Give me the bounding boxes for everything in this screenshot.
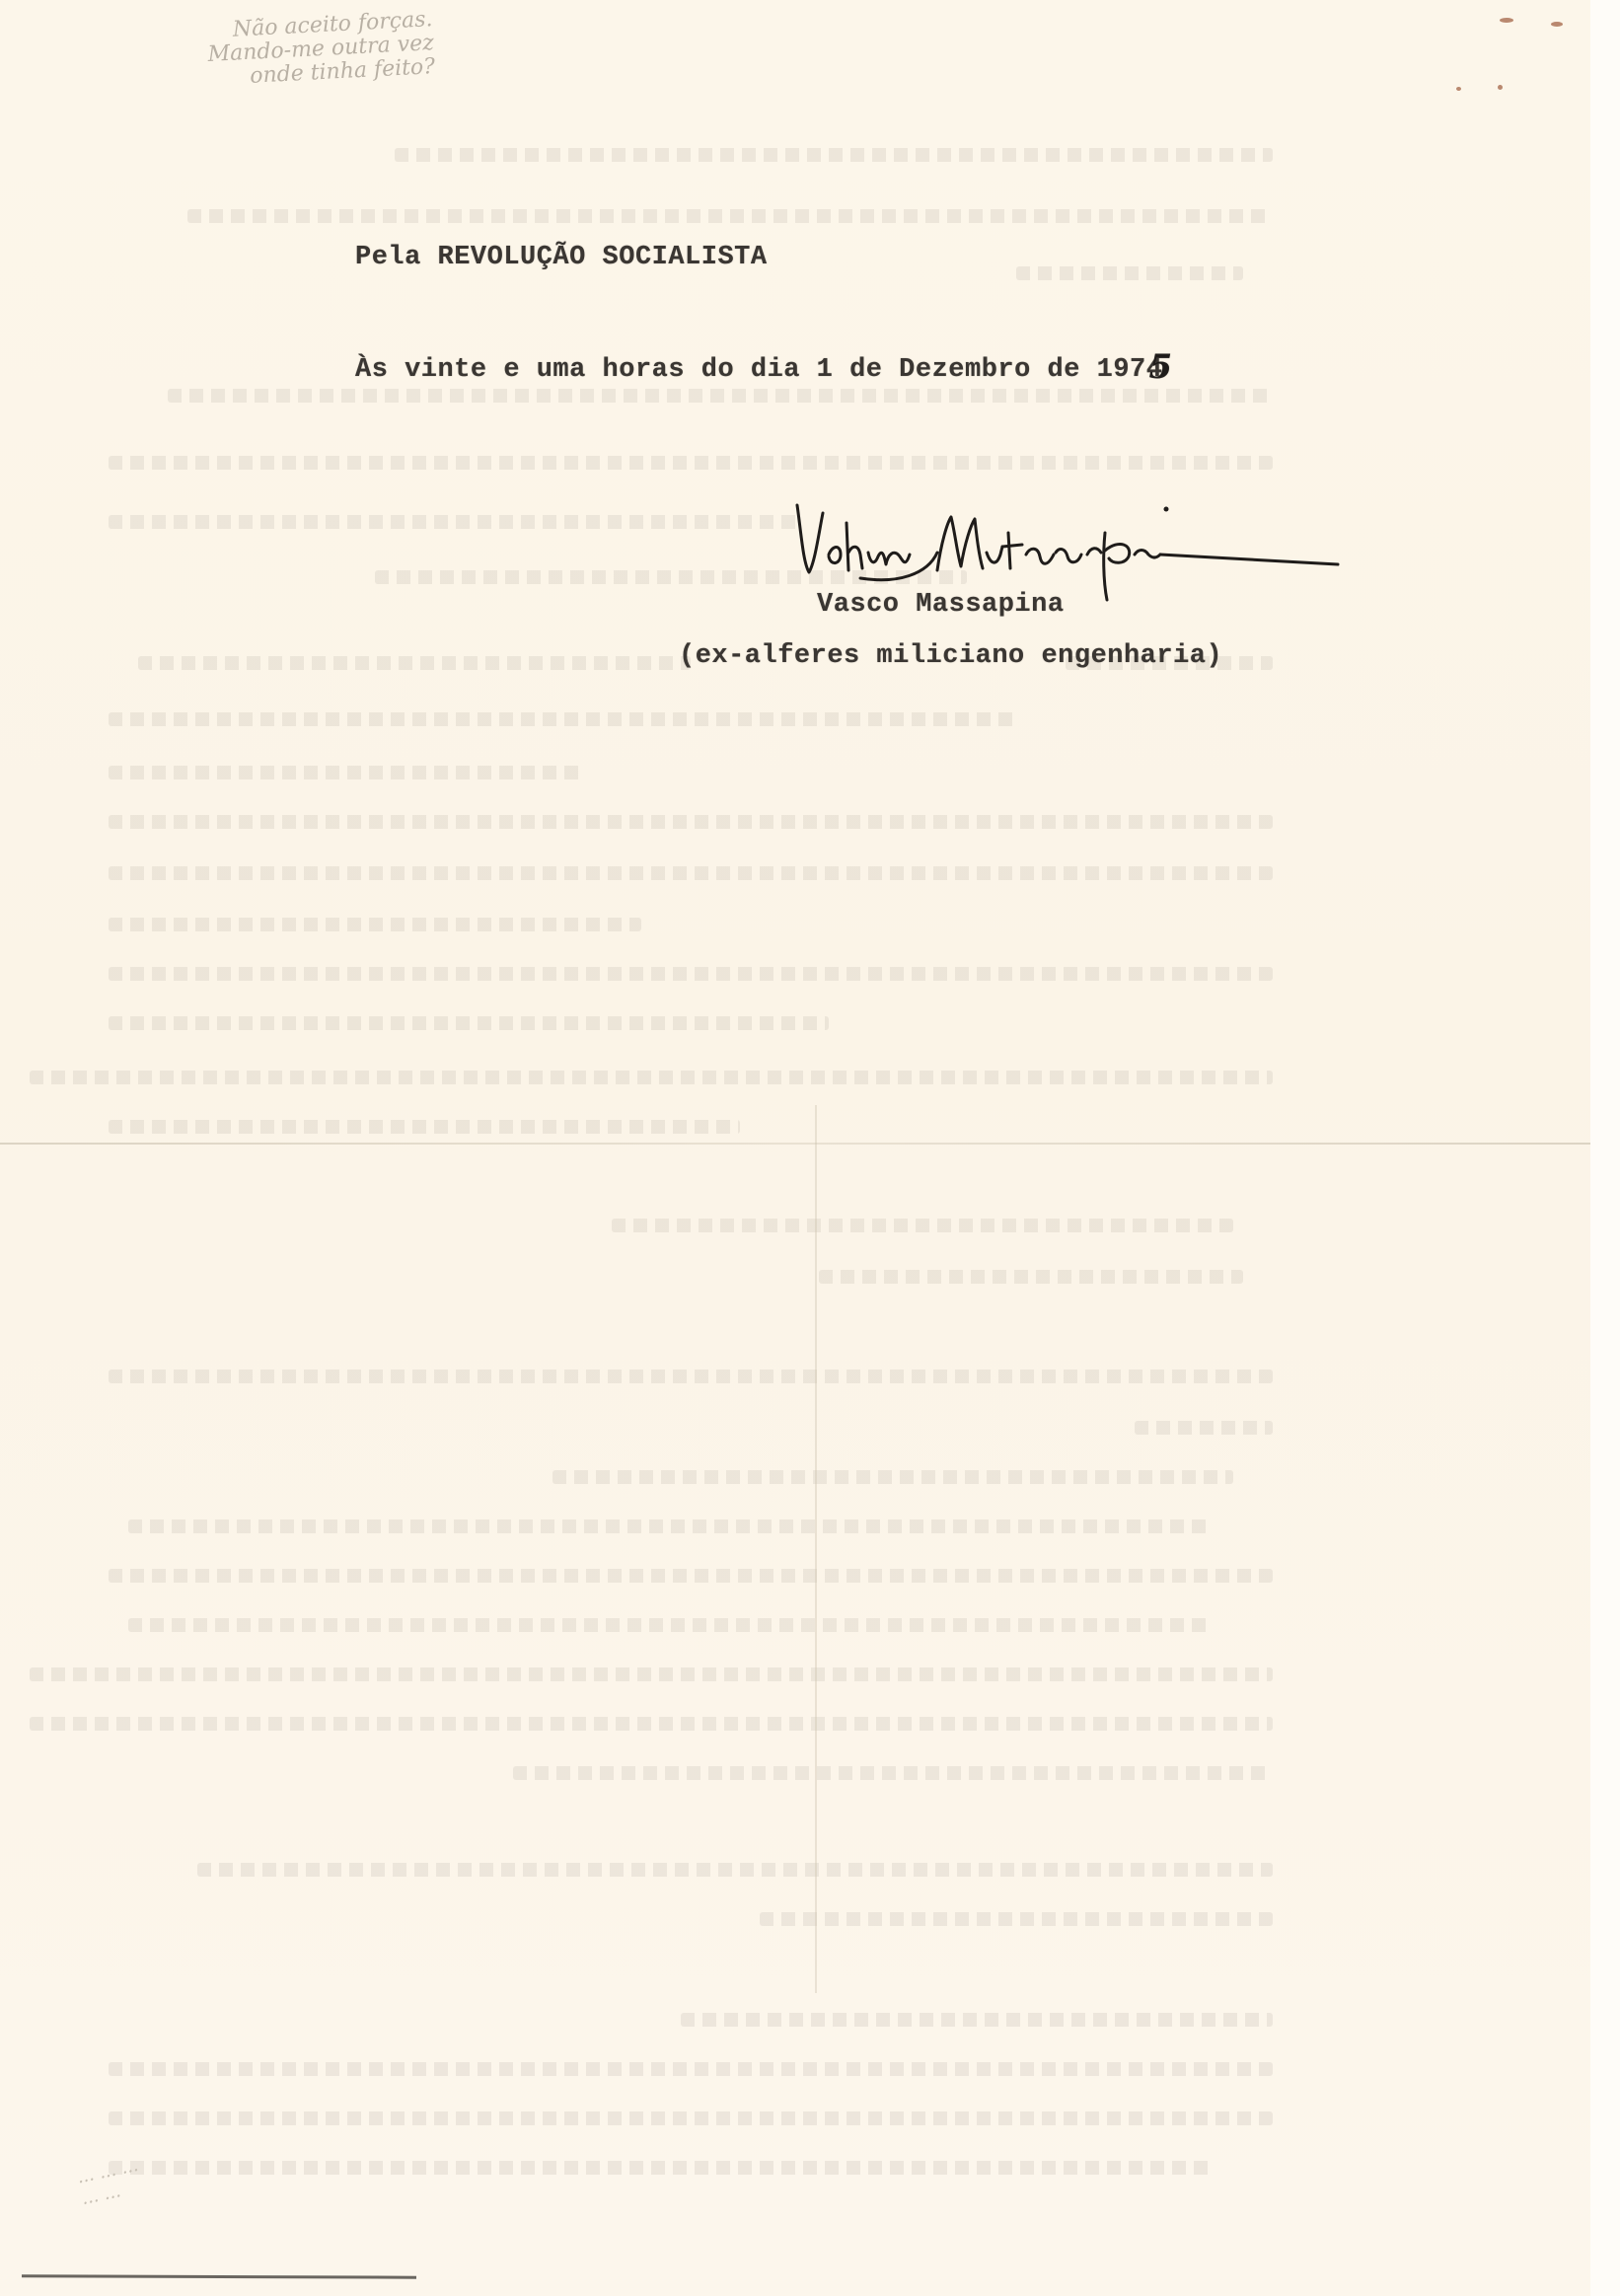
vertical-fold-crease	[815, 1105, 817, 1993]
dateline: Às vinte e uma horas do dia 1 de Dezembr…	[355, 345, 1173, 385]
rust-spot	[1456, 87, 1461, 91]
document-heading: Pela REVOLUÇÃO SOCIALISTA	[355, 243, 768, 272]
dateline-text: Às vinte e uma horas do dia 1 de Dezembr…	[355, 355, 1146, 385]
rust-spot	[1500, 18, 1513, 23]
signer-title: (ex-alferes miliciano engenharia)	[679, 641, 1222, 671]
signature-icon	[789, 493, 1342, 602]
rust-spot	[1498, 85, 1503, 90]
handwritten-year-correction: 5	[1148, 347, 1172, 387]
horizontal-fold-crease	[0, 1143, 1590, 1145]
signer-name: Vasco Massapina	[817, 590, 1065, 620]
signature	[789, 493, 1342, 602]
rust-spot	[1551, 22, 1563, 27]
scan-margin	[1590, 0, 1620, 2296]
